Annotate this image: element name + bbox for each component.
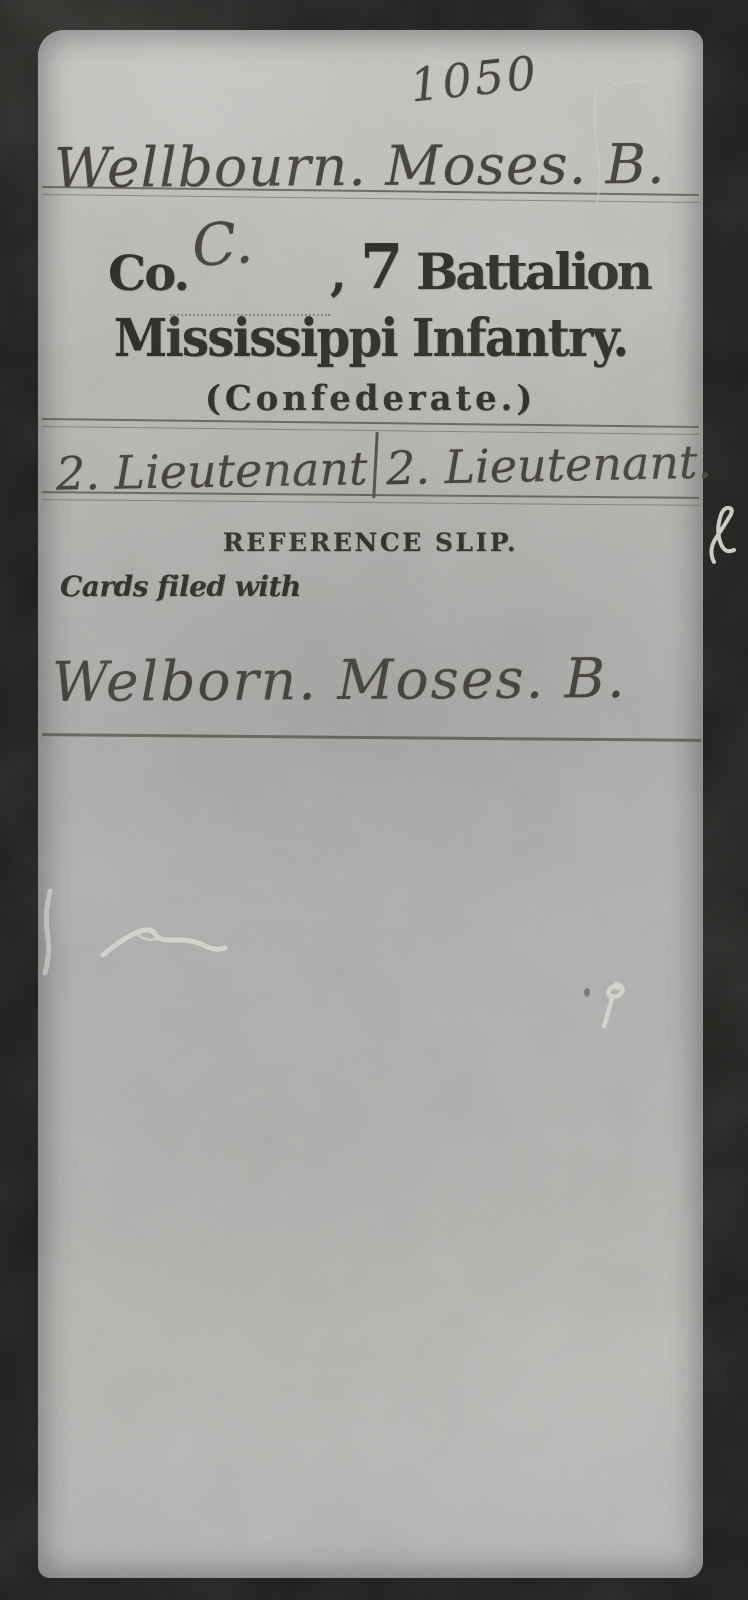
scanned-document: 1050 Wellbourn. Moses. B. Co. C. , 7 Bat…: [0, 0, 748, 1600]
rank-entry-right: 2. Lieutenant.: [385, 435, 712, 496]
company-value-handwritten: C.: [190, 208, 255, 280]
paper-scratch-edge-streak: [36, 885, 60, 980]
company-line: Co. C. , 7 Battalion: [38, 226, 703, 316]
paper-scratch-small-mark: [586, 976, 632, 1036]
pen-divider-stroke: [372, 432, 378, 498]
catalog-number: 1050: [408, 45, 542, 112]
rule-under-filed-name: [42, 733, 701, 741]
cards-filed-with-label: Cards filed with: [60, 570, 301, 603]
company-label: Co.: [108, 246, 188, 302]
double-rule-above-rank: [42, 418, 699, 435]
allegiance-label: (Confederate.): [48, 378, 693, 419]
battalion-label: Battalion: [416, 242, 650, 301]
paper-scratch-squiggle: [93, 910, 243, 970]
filed-under-name-handwritten: Welborn. Moses. B.: [52, 646, 627, 714]
battalion-number: 7: [360, 230, 402, 303]
reference-slip-card: 1050 Wellbourn. Moses. B. Co. C. , 7 Bat…: [38, 30, 703, 1578]
ink-speck: [584, 988, 590, 997]
company-separator: ,: [330, 246, 347, 302]
reference-slip-title: REFERENCE SLIP.: [38, 528, 703, 557]
regiment-title: Mississippi Infantry.: [61, 308, 679, 369]
